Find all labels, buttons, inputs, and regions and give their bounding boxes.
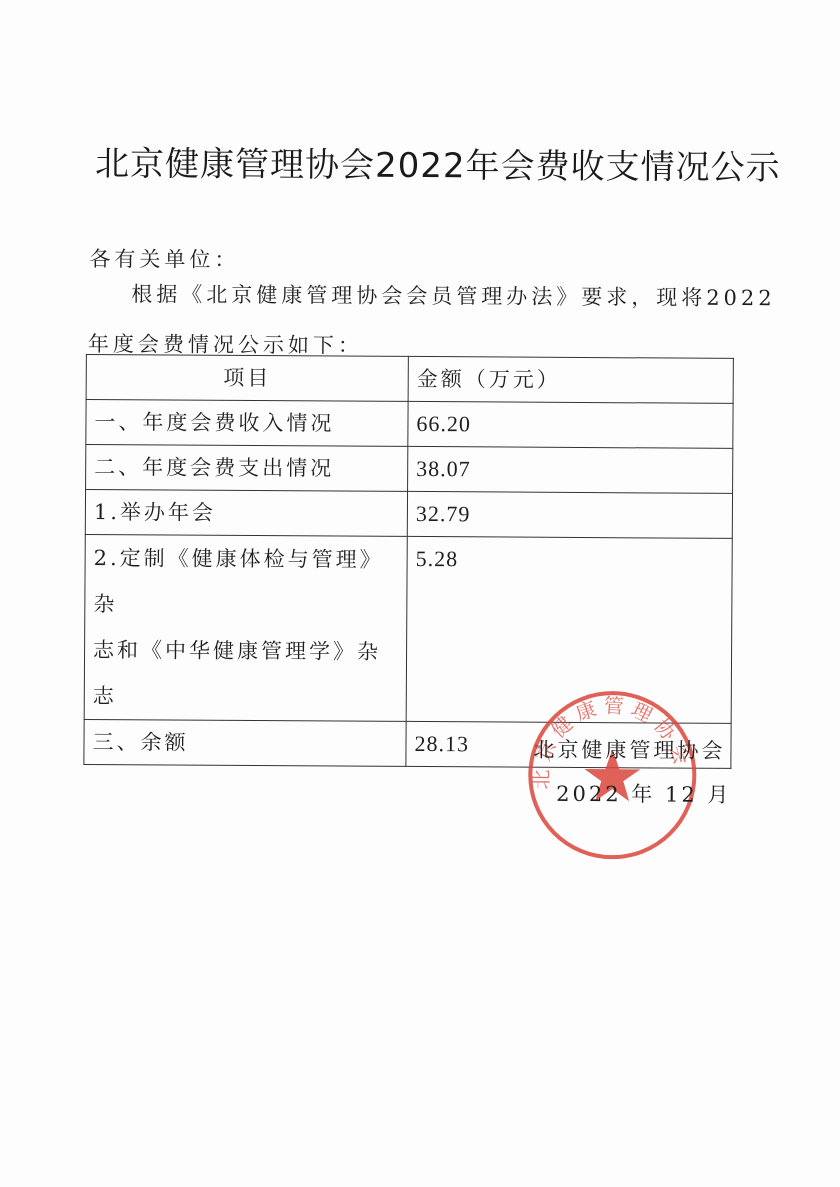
salutation: 各有关单位：: [89, 243, 239, 274]
official-seal-icon: 北京健康管理协会: [526, 689, 699, 862]
row-item: 一、年度会费收入情况: [86, 399, 408, 446]
table-row: 二、年度会费支出情况 38.07: [86, 444, 733, 493]
document-title: 北京健康管理协会2022年会费收支情况公示: [95, 136, 781, 189]
table-row: 一、年度会费收入情况 66.20: [86, 399, 733, 448]
table-row: 1.举办年会 32.79: [85, 489, 732, 538]
row-item: 2.定制《健康体检与管理》杂 志和《中华健康管理学》杂志: [84, 534, 407, 721]
header-amount: 金额（万元）: [408, 356, 733, 403]
table-header-row: 项目 金额（万元）: [86, 354, 733, 403]
row-amount: 38.07: [408, 446, 733, 493]
signature-date: 2022 年 12 月: [556, 778, 731, 809]
signature-organization: 北京健康管理协会: [533, 734, 725, 765]
row-amount: 66.20: [408, 401, 733, 448]
row-item: 1.举办年会: [85, 489, 407, 536]
row-amount: 32.79: [407, 491, 732, 538]
row-item-line-1: 2.定制《健康体检与管理》杂: [93, 535, 399, 629]
row-item: 二、年度会费支出情况: [86, 444, 408, 491]
row-item-line-2: 志和《中华健康管理学》杂志: [93, 627, 399, 721]
intro-paragraph-line-1: 根据《北京健康管理协会会员管理办法》要求，现将2022: [131, 278, 776, 312]
row-item: 三、余额: [84, 719, 406, 766]
document-page: 北京健康管理协会2022年会费收支情况公示 各有关单位： 根据《北京健康管理协会…: [0, 0, 840, 1187]
header-item: 项目: [86, 354, 408, 401]
